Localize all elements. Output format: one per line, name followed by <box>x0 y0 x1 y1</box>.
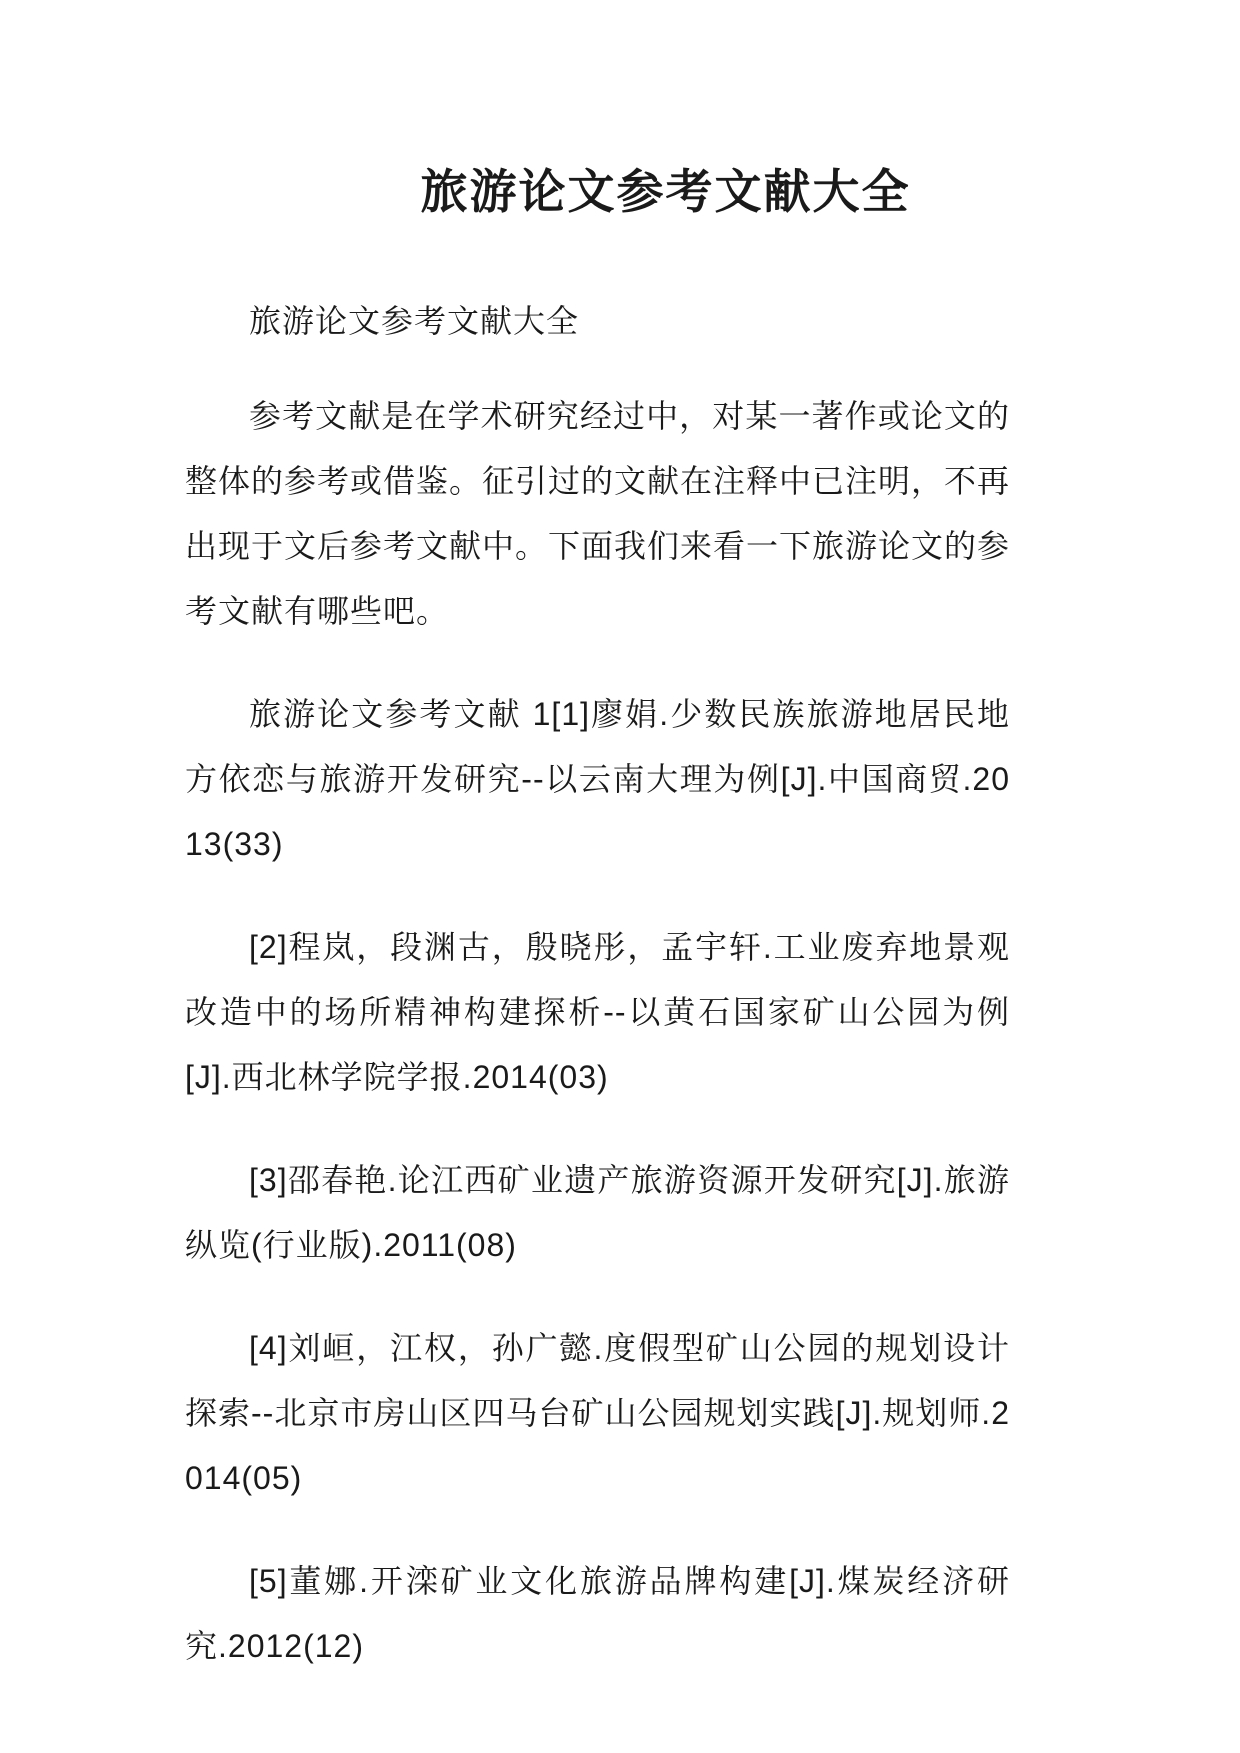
document-page: 旅游论文参考文献大全 旅游论文参考文献大全 参考文献是在学术研究经过中，对某一著… <box>0 0 1240 1753</box>
intro-paragraph: 参考文献是在学术研究经过中，对某一著作或论文的整体的参考或借鉴。征引过的文献在注… <box>185 384 1010 644</box>
page-title: 旅游论文参考文献大全 <box>185 140 1010 219</box>
reference-item-4: [4]刘峘，江权，孙广懿.度假型矿山公园的规划设计探索--北京市房山区四马台矿山… <box>185 1316 1010 1511</box>
reference-item-3: [3]邵春艳.论江西矿业遗产旅游资源开发研究[J].旅游纵览(行业版).2011… <box>185 1148 1010 1278</box>
document-subtitle: 旅游论文参考文献大全 <box>185 289 1010 354</box>
reference-item-5: [5]董娜.开滦矿业文化旅游品牌构建[J].煤炭经济研究.2012(12) <box>185 1549 1010 1679</box>
reference-item-1: 旅游论文参考文献 1[1]廖娟.少数民族旅游地居民地方依恋与旅游开发研究--以云… <box>185 682 1010 877</box>
reference-item-2: [2]程岚，段渊古，殷晓彤，孟宇轩.工业废弃地景观改造中的场所精神构建探析--以… <box>185 915 1010 1110</box>
document-content: 旅游论文参考文献大全 旅游论文参考文献大全 参考文献是在学术研究经过中，对某一著… <box>0 0 1240 1679</box>
